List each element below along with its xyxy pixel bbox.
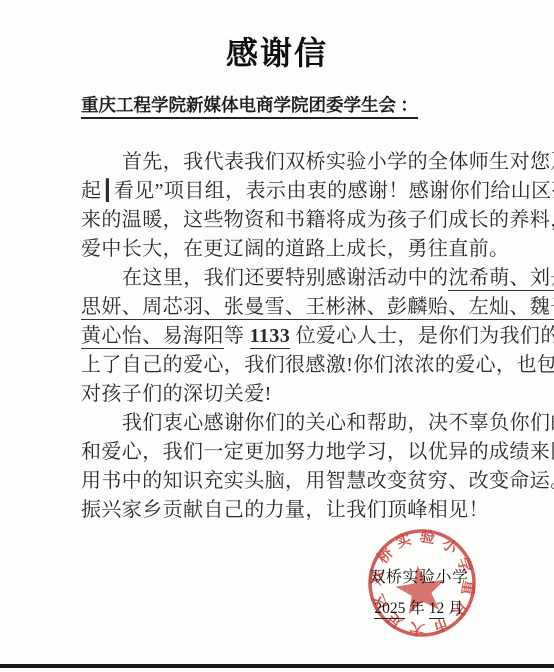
date-month-unit: 月 bbox=[444, 600, 463, 617]
paragraph1-line2: 起┃看见”项目组，表示由衷的感谢！感谢你们给山区孩子们送 bbox=[81, 177, 534, 206]
donor-names: 思妍、周芯羽、张曼雪、王彬淋、彭麟贻、左灿、魏子涵、 bbox=[81, 296, 554, 320]
salutation-text: 重庆工程学院新媒体电商学院团委学生会 ： bbox=[81, 95, 418, 119]
date-year: 2025 bbox=[374, 600, 405, 619]
paragraph2-line3: 黄心怡、易海阳等 1133 位爱心人士，是你们为我们的学生们献 bbox=[81, 322, 534, 351]
paragraph2-line4: 上了自己的爱心，我们很感激!你们浓浓的爱心，也包含着社会 bbox=[81, 351, 534, 380]
paragraph2-line1: 在这里，我们还要特别感谢活动中的沈希萌、刘丹丹、武 bbox=[81, 264, 534, 293]
paragraph3-line1: 我们衷心感谢你们的关心和帮助，决不辜负你们的浓浓真情 bbox=[81, 409, 534, 438]
thank-you-letter-page: 感谢信 重庆工程学院新媒体电商学院团委学生会 ： 首先，我代表我们双桥实验小学的… bbox=[0, 0, 554, 672]
date-year-unit: 年 bbox=[405, 600, 428, 617]
paragraph3-line2: 和爱心，我们一定更加努力地学习，以优异的成绩来回馈社会。 bbox=[81, 438, 534, 467]
signature-date: 2025 年 12 月 bbox=[359, 596, 479, 618]
page-bottom-border bbox=[0, 664, 554, 668]
letter-body: 首先，我代表我们双桥实验小学的全体师生对您及整个“缘 起┃看见”项目组，表示由衷… bbox=[81, 148, 534, 525]
project-name-divider: ┃ bbox=[101, 180, 113, 202]
page-title: 感谢信 bbox=[0, 28, 554, 74]
donor-count: 1133 bbox=[250, 325, 291, 349]
paragraph1-line4: 爱中长大，在更辽阔的道路上成长，勇往直前。 bbox=[81, 235, 534, 264]
signature-school-name: 双桥实验小学 bbox=[359, 564, 479, 587]
paragraph2-line2: 思妍、周芯羽、张曼雪、王彬淋、彭麟贻、左灿、魏子涵、 bbox=[81, 293, 534, 322]
paragraph1-line1: 首先，我代表我们双桥实验小学的全体师生对您及整个“缘 bbox=[81, 148, 534, 177]
salutation-line: 重庆工程学院新媒体电商学院团委学生会 ： bbox=[81, 92, 418, 117]
paragraph3-line3: 用书中的知识充实头脑，用智慧改变贫穷、改变命运。长大后为 bbox=[81, 467, 534, 496]
date-month: 12 bbox=[429, 600, 445, 619]
donor-names: 黄心怡、易海阳 bbox=[81, 325, 224, 349]
paragraph2-line5: 对孩子们的深切关爱! bbox=[81, 380, 534, 409]
paragraph1-line3: 来的温暖，这些物资和书籍将成为孩子们成长的养料，在温柔与 bbox=[81, 206, 534, 235]
donor-names: 沈希萌、刘丹丹、武 bbox=[448, 267, 554, 291]
